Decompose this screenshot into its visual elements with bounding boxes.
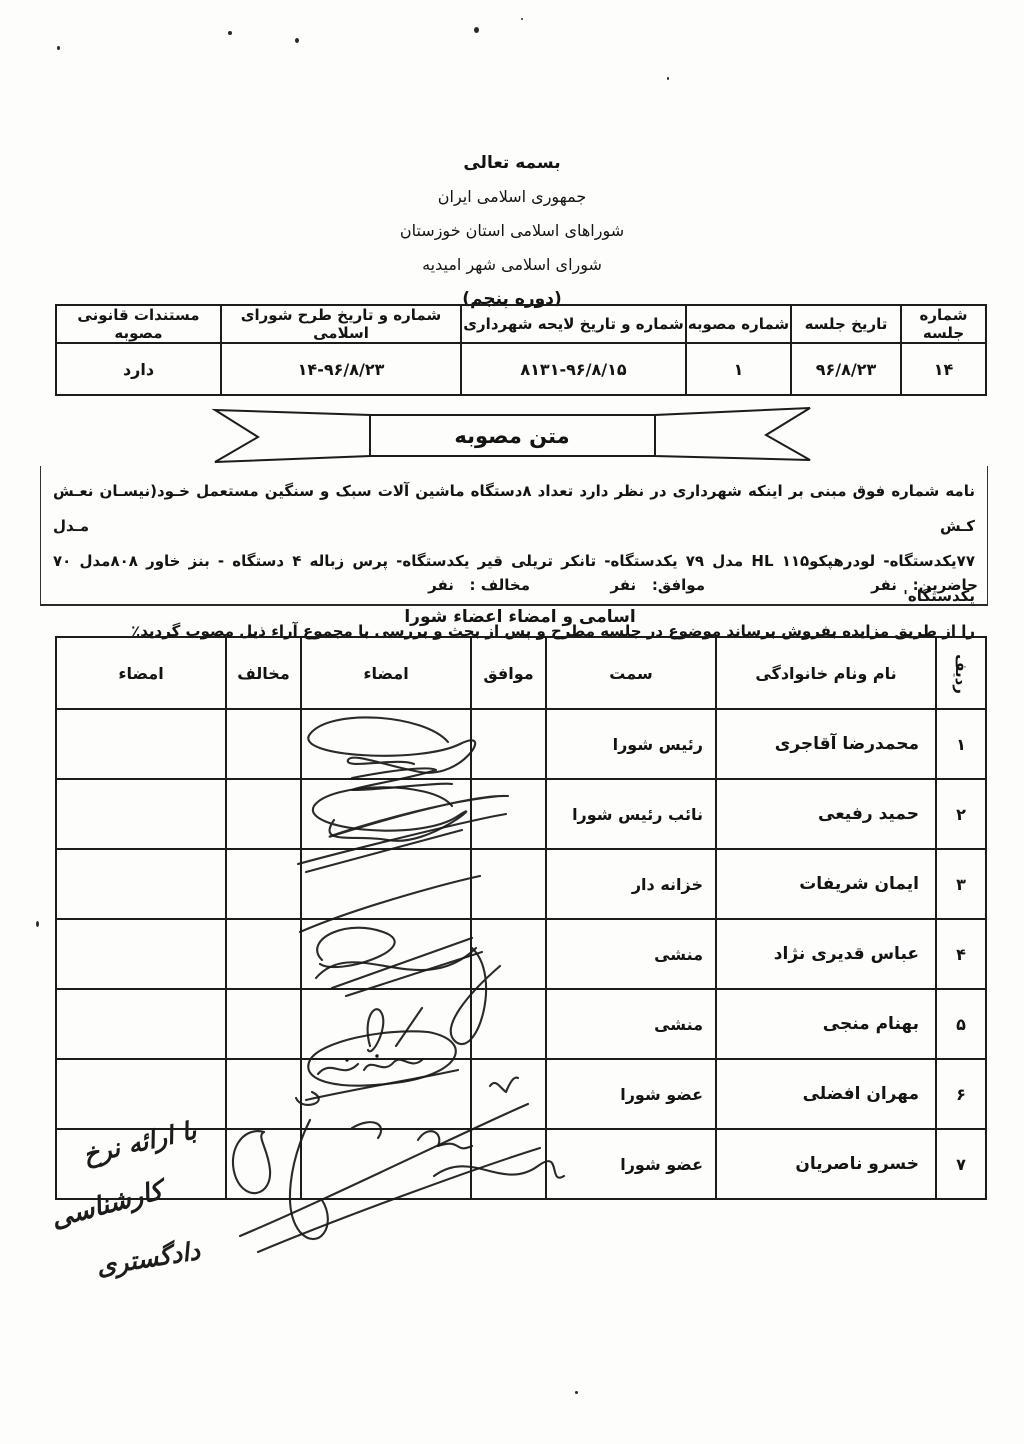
members-header-signature: امضاء — [301, 637, 471, 709]
member-row: ۶ مهران افضلی عضو شورا — [56, 1059, 986, 1129]
member-agree-cell — [471, 989, 546, 1059]
resolution-summary-table: شماره جلسه تاریخ جلسه شماره مصوبه شماره … — [55, 304, 987, 396]
summary-header-row: شماره جلسه تاریخ جلسه شماره مصوبه شماره … — [56, 305, 986, 343]
member-name: عباس قدیری نژاد — [716, 919, 936, 989]
ribbon-right-tail — [655, 408, 810, 460]
member-row: ۵ بهنام منجی منشی — [56, 989, 986, 1059]
member-signature2-cell — [56, 849, 226, 919]
resolution-banner-ribbon: متن مصوبه — [208, 400, 818, 466]
member-position: رئیس شورا — [546, 709, 716, 779]
member-name: خسرو ناصریان — [716, 1129, 936, 1199]
member-name: ایمان شریفات — [716, 849, 936, 919]
ribbon-left-tail — [215, 410, 370, 462]
scan-noise-speck — [667, 77, 669, 80]
member-position: عضو شورا — [546, 1059, 716, 1129]
summary-header-legal-docs: مستندات قانونی مصوبه — [56, 305, 221, 343]
header-bismillah: بسمه تعالی — [0, 146, 1024, 180]
banner-title: متن مصوبه — [454, 424, 569, 448]
member-name: حمید رفیعی — [716, 779, 936, 849]
member-oppose-cell — [226, 849, 301, 919]
member-row: ۱ محمدرضا آقاجری رئیس شورا — [56, 709, 986, 779]
member-row: ۳ ایمان شریفات خزانه دار — [56, 849, 986, 919]
member-oppose-cell — [226, 1059, 301, 1129]
summary-value-resolution-no: ۱ — [686, 343, 791, 395]
member-no: ۶ — [936, 1059, 986, 1129]
scan-noise-speck — [295, 38, 299, 43]
member-no: ۵ — [936, 989, 986, 1059]
member-oppose-cell — [226, 779, 301, 849]
summary-value-session-date: ۹۶/۸/۲۳ — [791, 343, 901, 395]
members-header-name: نام ونام خانوادگی — [716, 637, 936, 709]
member-no: ۳ — [936, 849, 986, 919]
member-signature2-cell — [56, 919, 226, 989]
member-no: ۷ — [936, 1129, 986, 1199]
summary-header-resolution-no: شماره مصوبه — [686, 305, 791, 343]
member-signature-cell — [301, 989, 471, 1059]
members-header-signature-2: امضاء — [56, 637, 226, 709]
member-agree-cell — [471, 709, 546, 779]
scan-noise-speck — [474, 27, 479, 33]
summary-value-plan-no-date: ۱۴-۹۶/۸/۲۳ — [221, 343, 461, 395]
attendance-oppose: مخالف : نفر — [428, 576, 530, 594]
members-header-row-no: ردیف — [936, 637, 986, 709]
handwritten-note-line-3: دادگستری — [94, 1236, 202, 1281]
scan-noise-speck — [57, 46, 60, 50]
summary-header-session-date: تاریخ جلسه — [791, 305, 901, 343]
scan-noise-speck — [521, 18, 523, 20]
member-agree-cell — [471, 849, 546, 919]
summary-header-session-no: شماره جلسه — [901, 305, 986, 343]
member-position: خزانه دار — [546, 849, 716, 919]
member-name: بهنام منجی — [716, 989, 936, 1059]
member-no: ۲ — [936, 779, 986, 849]
member-name: مهران افضلی — [716, 1059, 936, 1129]
summary-header-plan-no-date: شماره و تاریخ طرح شورای اسلامی — [221, 305, 461, 343]
attendance-agree: موافق: نفر — [610, 576, 705, 594]
member-position: منشی — [546, 919, 716, 989]
member-agree-cell — [471, 779, 546, 849]
attendance-present: حاضرین: نفر — [871, 576, 978, 594]
scan-noise-speck — [575, 1391, 578, 1394]
summary-value-row: ۱۴ ۹۶/۸/۲۳ ۱ ۸۱۳۱-۹۶/۸/۱۵ ۱۴-۹۶/۸/۲۳ دار… — [56, 343, 986, 395]
members-header-row: ردیف نام ونام خانوادگی سمت موافق امضاء م… — [56, 637, 986, 709]
member-signature-cell — [301, 1129, 471, 1199]
member-row: ۲ حمید رفیعی نائب رئیس شورا — [56, 779, 986, 849]
scanned-document-page: بسمه تعالی جمهوری اسلامی ایران شوراهای ا… — [0, 0, 1024, 1444]
member-agree-cell — [471, 1059, 546, 1129]
member-oppose-cell — [226, 989, 301, 1059]
resolution-line-1: نامه شماره فوق مبنی بر اینکه شهرداری در … — [53, 474, 975, 544]
document-header: بسمه تعالی جمهوری اسلامی ایران شوراهای ا… — [0, 146, 1024, 316]
member-signature2-cell — [56, 709, 226, 779]
summary-value-legal-docs: دارد — [56, 343, 221, 395]
member-signature2-cell — [56, 779, 226, 849]
header-country: جمهوری اسلامی ایران — [0, 180, 1024, 214]
header-city-council: شورای اسلامی شهر امیدیه — [0, 248, 1024, 282]
member-oppose-cell — [226, 709, 301, 779]
member-signature-cell — [301, 919, 471, 989]
members-header-oppose: مخالف — [226, 637, 301, 709]
member-position: عضو شورا — [546, 1129, 716, 1199]
header-province-councils: شوراهای اسلامی استان خوزستان — [0, 214, 1024, 248]
member-oppose-cell — [226, 919, 301, 989]
member-row: ۴ عباس قدیری نژاد منشی — [56, 919, 986, 989]
scan-noise-speck — [36, 921, 39, 927]
member-no: ۴ — [936, 919, 986, 989]
summary-value-session-no: ۱۴ — [901, 343, 986, 395]
member-signature-cell — [301, 779, 471, 849]
summary-value-bill-no-date: ۸۱۳۱-۹۶/۸/۱۵ — [461, 343, 686, 395]
summary-header-bill-no-date: شماره و تاریخ لایحه شهرداری — [461, 305, 686, 343]
member-agree-cell — [471, 1129, 546, 1199]
member-signature-cell — [301, 1059, 471, 1129]
member-no: ۱ — [936, 709, 986, 779]
members-header-position: سمت — [546, 637, 716, 709]
member-name: محمدرضا آقاجری — [716, 709, 936, 779]
members-header-row-no-label: ردیف — [952, 654, 970, 694]
member-signature2-cell — [56, 989, 226, 1059]
scan-noise-speck — [228, 31, 232, 35]
members-signatures-table: ردیف نام ونام خانوادگی سمت موافق امضاء م… — [55, 636, 987, 1200]
member-agree-cell — [471, 919, 546, 989]
members-header-agree: موافق — [471, 637, 546, 709]
member-signature-cell — [301, 849, 471, 919]
member-signature2-cell — [56, 1059, 226, 1129]
member-position: منشی — [546, 989, 716, 1059]
member-oppose-cell — [226, 1129, 301, 1199]
member-position: نائب رئیس شورا — [546, 779, 716, 849]
member-signature-cell — [301, 709, 471, 779]
members-table-title: اسامی و امضاء اعضاء شورا — [55, 607, 985, 627]
